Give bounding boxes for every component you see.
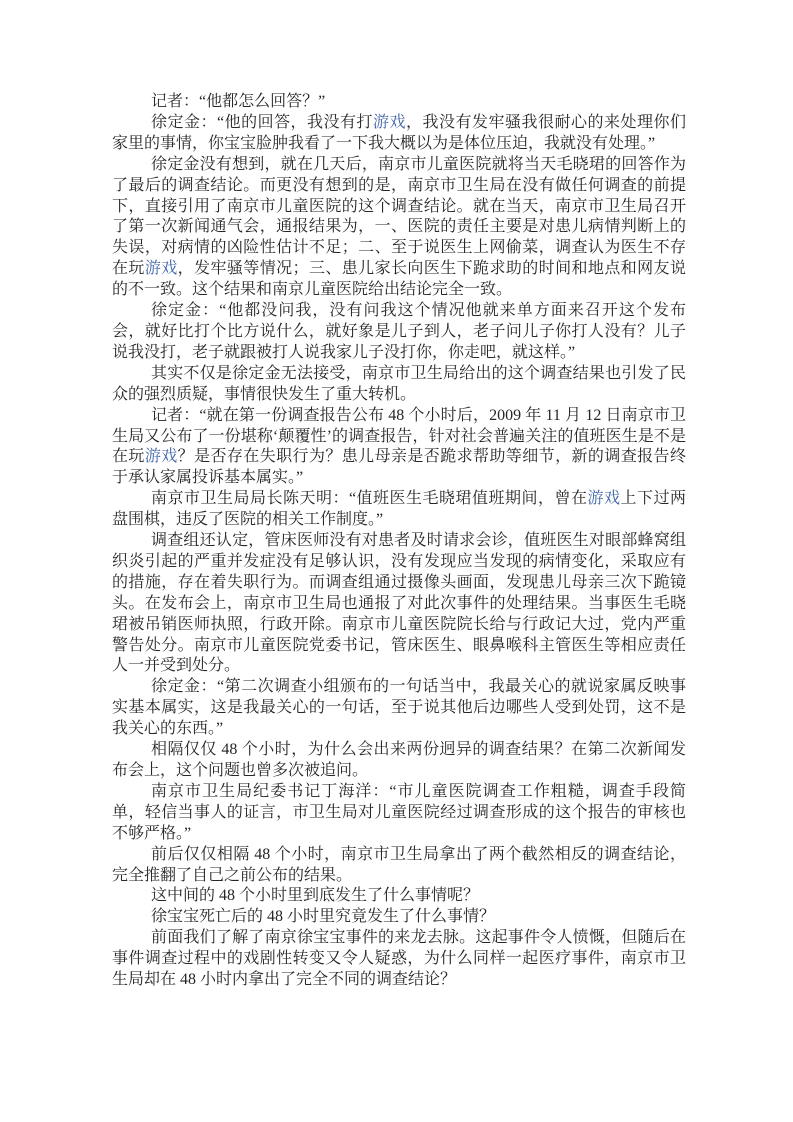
paragraph: 记者：“他都怎么回答？” [112,92,686,113]
paragraph: 徐定金：“他的回答，我没有打游戏，我没有发牢骚我很耐心的来处理你们家里的事情，你… [112,113,686,155]
text-run: 记者：“他都怎么回答？” [151,93,325,110]
text-run: 南京市卫生局局长陈天明：“值班医生毛晓珺值班期间，曾在 [151,490,587,507]
text-run: 徐定金：“第二次调查小组颁布的一句话当中，我最关心的就说家属反映事实基本属实，这… [112,678,686,737]
paragraph: 调查组还认定，管床医师没有对患者及时请求会诊，值班医生对眼部蜂窝组织炎引起的严重… [112,531,686,677]
document-page: 记者：“他都怎么回答？”徐定金：“他的回答，我没有打游戏，我没有发牢骚我很耐心的… [0,0,793,1122]
paragraph: 徐定金：“他都没问我，没有问我这个情况他就来单方面来召开这个发布会，就好比打个比… [112,301,686,364]
text-run: 徐定金：“他的回答，我没有打 [151,114,373,131]
text-run: 徐定金：“他都没问我，没有问我这个情况他就来单方面来召开这个发布会，就好比打个比… [112,302,686,361]
paragraph: 相隔仅仅 48 个小时，为什么会出来两份迥异的调查结果？在第二次新闻发布会上，这… [112,740,686,782]
text-run: 调查组还认定，管床医师没有对患者及时请求会诊，值班医生对眼部蜂窝组织炎引起的严重… [112,532,686,674]
text-run: 这中间的 48 个小时里到底发生了什么事情呢？ [151,887,479,904]
paragraph: 这中间的 48 个小时里到底发生了什么事情呢？ [112,886,686,907]
text-run: 前后仅仅相隔 48 个小时，南京市卫生局拿出了两个截然相反的调查结论，完全推翻了… [112,846,686,884]
paragraph: 南京市卫生局局长陈天明：“值班医生毛晓珺值班期间，曾在游戏上下过两盘围棋，违反了… [112,489,686,531]
paragraph: 南京市卫生局纪委书记丁海洋：“市儿童医院调查工作粗糙，调查手段简单，轻信当事人的… [112,782,686,845]
paragraph: 前面我们了解了南京徐宝宝事件的来龙去脉。这起事件令人愤慨，但随后在事件调查过程中… [112,928,686,991]
paragraph: 徐定金没有想到，就在几天后，南京市儿童医院就将当天毛晓珺的回答作为了最后的调查结… [112,155,686,301]
paragraph: 记者：“就在第一份调查报告公布 48 个小时后，2009 年 11 月 12 日… [112,406,686,490]
text-run: 徐宝宝死亡后的 48 小时里究竟发生了什么事情？ [151,908,495,925]
paragraph: 徐定金：“第二次调查小组颁布的一句话当中，我最关心的就说家属反映事实基本属实，这… [112,677,686,740]
paragraph: 前后仅仅相隔 48 个小时，南京市卫生局拿出了两个截然相反的调查结论，完全推翻了… [112,845,686,887]
paragraph: 徐宝宝死亡后的 48 小时里究竟发生了什么事情？ [112,907,686,928]
text-run: 南京市卫生局纪委书记丁海洋：“市儿童医院调查工作粗糙，调查手段简单，轻信当事人的… [112,783,686,842]
article-body: 记者：“他都怎么回答？”徐定金：“他的回答，我没有打游戏，我没有发牢骚我很耐心的… [112,92,686,991]
game-hyperlink[interactable]: 游戏 [587,490,620,507]
game-hyperlink[interactable]: 游戏 [373,114,406,131]
text-run: 相隔仅仅 48 个小时，为什么会出来两份迥异的调查结果？在第二次新闻发布会上，这… [112,741,686,779]
game-hyperlink[interactable]: 游戏 [145,260,178,277]
game-hyperlink[interactable]: 游戏 [145,448,178,465]
text-run: 其实不仅是徐定金无法接受，南京市卫生局给出的这个调查结果也引发了民众的强烈质疑，… [112,365,686,403]
paragraph: 其实不仅是徐定金无法接受，南京市卫生局给出的这个调查结果也引发了民众的强烈质疑，… [112,364,686,406]
text-run: ，发牢骚等情况；三、患儿家长向医生下跪求助的时间和地点和网友说的不一致。这个结果… [112,260,686,298]
text-run: 前面我们了解了南京徐宝宝事件的来龙去脉。这起事件令人愤慨，但随后在事件调查过程中… [112,929,686,988]
text-run: ？是否存在失职行为？患儿母亲是否跪求帮助等细节，新的调查报告终于承认家属投诉基本… [112,448,686,486]
